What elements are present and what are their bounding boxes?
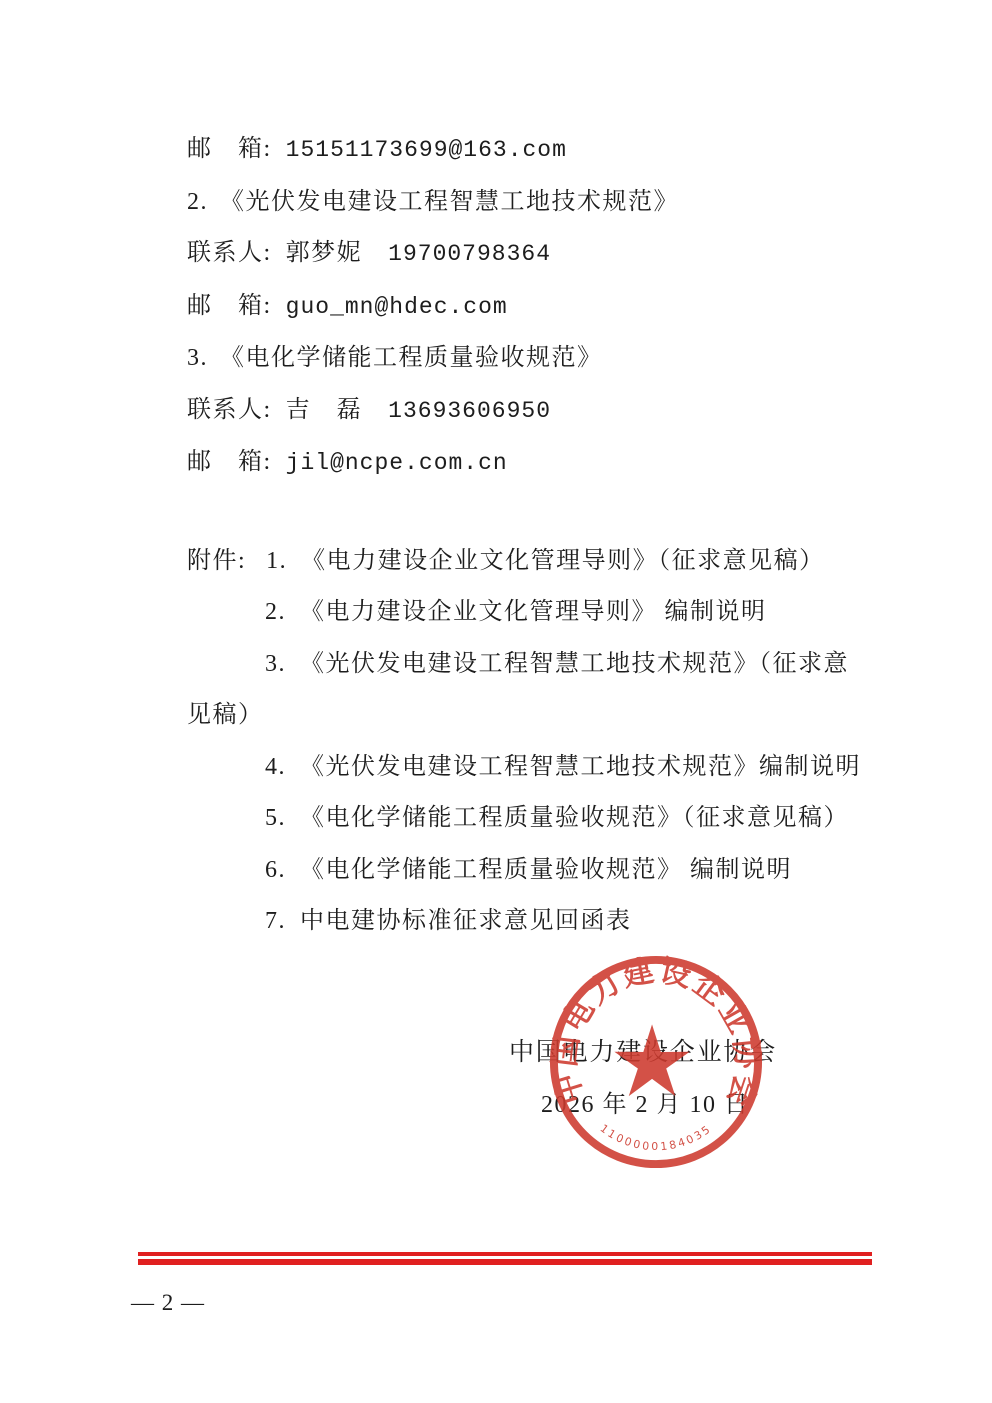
attachment-text: 《电力建设企业文化管理导则》 编制说明 bbox=[300, 599, 767, 625]
attachment-text: 《电化学储能工程质量验收规范》 编制说明 bbox=[300, 857, 792, 883]
standard-2-contact-line: 联系人:郭梦妮19700798364 bbox=[187, 228, 932, 281]
email-value: 15151173699@163.com bbox=[286, 137, 567, 163]
attachment-text: 《光伏发电建设工程智慧工地技术规范》（征求意 bbox=[300, 651, 849, 677]
attachment-row: 2.《电力建设企业文化管理导则》 编制说明 bbox=[187, 587, 932, 639]
standard-3-contact-line: 联系人:吉 磊13693606950 bbox=[187, 385, 932, 438]
letter-body: 邮 箱:15151173699@163.com 2.《光伏发电建设工程智慧工地技… bbox=[187, 124, 932, 948]
email-value: jil@ncpe.com.cn bbox=[286, 450, 508, 476]
attachment-number: 5. bbox=[265, 805, 286, 831]
attachment-text: 见稿） bbox=[187, 702, 264, 728]
attachment-row: 5.《电化学储能工程质量验收规范》（征求意见稿） bbox=[187, 793, 932, 845]
footer-rule-thin bbox=[138, 1252, 872, 1256]
attachment-number: 6. bbox=[265, 857, 286, 883]
contact-phone: 19700798364 bbox=[388, 241, 551, 267]
contact-name: 吉 磊 bbox=[286, 397, 363, 423]
carryover-email-line: 邮 箱:15151173699@163.com bbox=[187, 124, 932, 177]
standard-number: 3. bbox=[187, 345, 208, 371]
footer-rule-thick bbox=[138, 1259, 872, 1265]
standard-2-title-line: 2.《光伏发电建设工程智慧工地技术规范》 bbox=[187, 177, 932, 229]
page-number: — 2 — bbox=[131, 1290, 205, 1316]
attachments-label: 附件: bbox=[187, 548, 246, 574]
attachment-number: 4. bbox=[265, 754, 286, 780]
attachment-number: 7. bbox=[265, 908, 286, 934]
attachment-number: 3. bbox=[265, 651, 286, 677]
contact-phone: 13693606950 bbox=[388, 398, 551, 424]
attachments-block: 附件:1.《电力建设企业文化管理导则》（征求意见稿） 2.《电力建设企业文化管理… bbox=[187, 536, 932, 948]
standard-3-email-line: 邮 箱:jil@ncpe.com.cn bbox=[187, 437, 932, 490]
seal-star-icon bbox=[614, 1024, 689, 1096]
seal-code: 1100000184035 bbox=[598, 1122, 715, 1153]
attachment-row: 7.中电建协标准征求意见回函表 bbox=[187, 896, 932, 948]
attachment-text: 《电力建设企业文化管理导则》（征求意见稿） bbox=[301, 548, 825, 574]
email-label: 邮 箱: bbox=[187, 136, 272, 162]
attachment-row: 附件:1.《电力建设企业文化管理导则》（征求意见稿） bbox=[187, 536, 932, 588]
attachment-number: 2. bbox=[265, 599, 286, 625]
official-seal: 中国电力建设企业协会 1100000184035 bbox=[546, 952, 766, 1172]
attachment-row: 6.《电化学储能工程质量验收规范》 编制说明 bbox=[187, 845, 932, 897]
standard-3-title-line: 3.《电化学储能工程质量验收规范》 bbox=[187, 333, 932, 385]
attachment-text: 《电化学储能工程质量验收规范》（征求意见稿） bbox=[300, 805, 849, 831]
standard-title: 《电化学储能工程质量验收规范》 bbox=[220, 345, 603, 371]
email-label: 邮 箱: bbox=[187, 449, 272, 475]
standard-2-email-line: 邮 箱:guo_mn@hdec.com bbox=[187, 281, 932, 334]
attachment-text: 中电建协标准征求意见回函表 bbox=[300, 908, 632, 934]
attachment-text: 《光伏发电建设工程智慧工地技术规范》编制说明 bbox=[300, 754, 861, 780]
standard-number: 2. bbox=[187, 189, 208, 215]
contact-name: 郭梦妮 bbox=[286, 240, 363, 266]
attachment-row: 4.《光伏发电建设工程智慧工地技术规范》编制说明 bbox=[187, 742, 932, 794]
attachment-number: 1. bbox=[266, 548, 287, 574]
attachment-row: 3.《光伏发电建设工程智慧工地技术规范》（征求意 bbox=[187, 639, 932, 691]
email-label: 邮 箱: bbox=[187, 293, 272, 319]
standard-title: 《光伏发电建设工程智慧工地技术规范》 bbox=[220, 189, 679, 215]
contact-label: 联系人: bbox=[187, 397, 272, 423]
email-value: guo_mn@hdec.com bbox=[286, 294, 508, 320]
document-page: 邮 箱:15151173699@163.com 2.《光伏发电建设工程智慧工地技… bbox=[0, 0, 992, 1403]
seal-ring-text: 中国电力建设企业协会 bbox=[548, 954, 765, 1111]
contact-label: 联系人: bbox=[187, 240, 272, 266]
attachment-row-wrap: 见稿） bbox=[187, 690, 932, 742]
